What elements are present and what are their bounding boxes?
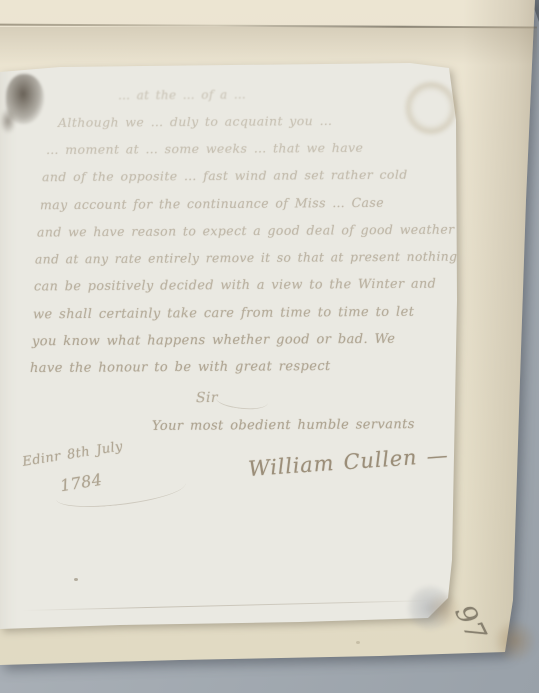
letter-line: we shall certainly take care from time t… (33, 305, 414, 323)
letter-line: can be positively decided with a view to… (34, 277, 436, 295)
ring-stain-top-right (406, 82, 456, 134)
letter-line: may account for the continuance of Miss … (40, 195, 384, 212)
closing-line: Your most obedient humble servants (152, 417, 415, 434)
letter-line: Although we … duly to acquaint you … (58, 113, 332, 130)
ink-blot-stain-small (0, 108, 16, 134)
letter-line: and of the opposite … fast wind and set … (42, 167, 408, 185)
salutation: Sir (196, 390, 218, 406)
letter-line: have the honour to be with great respect (30, 359, 331, 376)
foxing-speck (356, 641, 360, 644)
foxing-speck (74, 578, 78, 581)
letter-line: you know what happens whether good or ba… (32, 332, 395, 350)
letter-line: and we have reason to expect a good deal… (37, 222, 455, 240)
letter-line: … moment at … some weeks … that we have (46, 140, 363, 157)
letter-line: and at any rate entirely remove it so th… (35, 250, 457, 267)
letter-heading: … at the … of a … (118, 88, 246, 103)
